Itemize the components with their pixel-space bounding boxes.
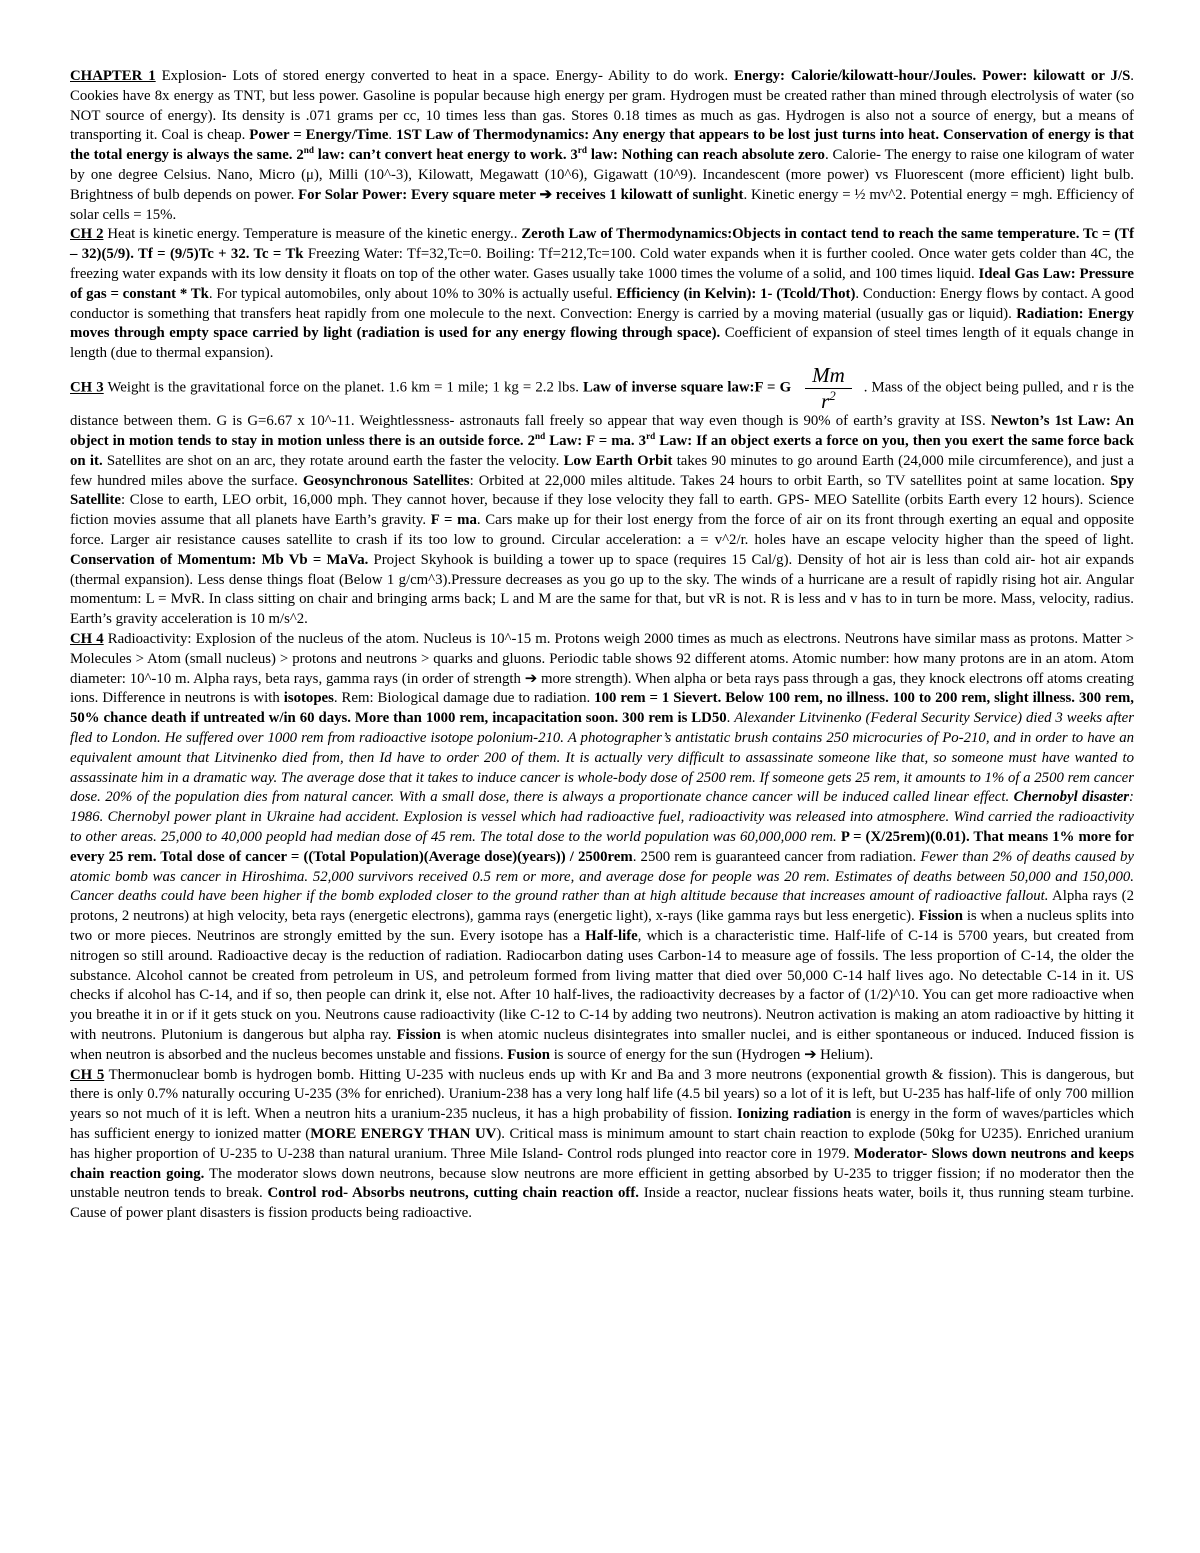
text-segment: Control rod- Absorbs neutrons, cutting c… bbox=[267, 1185, 639, 1201]
text-segment: F = ma bbox=[431, 512, 477, 528]
fraction-numerator: Mm bbox=[805, 364, 852, 389]
text-segment: . bbox=[388, 127, 396, 143]
paragraph-chapter-2: CH 2 Heat is kinetic energy. Temperature… bbox=[70, 225, 1134, 364]
text-segment: law: Nothing can reach absolute zero bbox=[587, 147, 825, 163]
text-segment: Satellites are shot on an arc, they rota… bbox=[103, 453, 564, 469]
fraction-denominator-exponent: 2 bbox=[829, 388, 836, 403]
text-segment: MORE ENERGY THAN UV bbox=[310, 1126, 496, 1142]
text-segment: Conservation of Momentum: Mb Vb = MaVa. bbox=[70, 552, 368, 568]
text-segment: Weight is the gravitational force on the… bbox=[104, 380, 583, 396]
text-segment: CHAPTER 1 bbox=[70, 68, 156, 84]
text-segment: Heat is kinetic energy. Temperature is m… bbox=[103, 226, 521, 242]
text-segment: Law of inverse square law:F = G bbox=[583, 380, 791, 396]
text-segment: . For typical automobiles, only about 10… bbox=[209, 286, 616, 302]
document-page: CHAPTER 1 Explosion- Lots of stored ener… bbox=[0, 0, 1200, 1553]
text-segment: : Orbited at 22,000 miles altitude. Take… bbox=[470, 473, 1111, 489]
text-segment: CH 3 bbox=[70, 380, 104, 396]
text-segment: rd bbox=[578, 145, 587, 155]
text-segment: Ionizing radiation bbox=[737, 1106, 852, 1122]
text-segment: Fission bbox=[919, 908, 963, 924]
text-segment: Power = Energy/Time bbox=[249, 127, 388, 143]
fraction-denominator: r2 bbox=[805, 389, 852, 413]
text-segment: Law: F = ma. 3 bbox=[545, 433, 646, 449]
text-segment: CH 5 bbox=[70, 1067, 104, 1083]
text-segment: Half-life bbox=[585, 928, 638, 944]
text-segment: CH 2 bbox=[70, 226, 103, 242]
text-segment: Fusion bbox=[507, 1047, 550, 1063]
text-segment: Efficiency (in Kelvin): 1- (Tcold/Thot) bbox=[616, 286, 855, 302]
text-segment: Geosynchronous Satellites bbox=[303, 473, 470, 489]
inline-fraction-mm: Mmr2 bbox=[805, 364, 852, 412]
text-segment: Fission bbox=[397, 1027, 441, 1043]
text-segment: For Solar Power: Every square meter ➔ re… bbox=[298, 187, 743, 203]
paragraph-chapter-4: CH 4 Radioactivity: Explosion of the nuc… bbox=[70, 630, 1134, 1066]
text-segment: Chernobyl disaster bbox=[1014, 789, 1129, 805]
text-segment: Energy: Calorie/kilowatt-hour/Joules. Po… bbox=[734, 68, 1130, 84]
text-segment: is source of energy for the sun (Hydroge… bbox=[550, 1047, 873, 1063]
text-segment: Low Earth Orbit bbox=[564, 453, 673, 469]
text-segment: , which is a characteristic time. Half-l… bbox=[70, 928, 1134, 1043]
text-segment: isotopes bbox=[284, 690, 334, 706]
paragraph-chapter-3: CH 3 Weight is the gravitational force o… bbox=[70, 364, 1134, 630]
text-segment: nd bbox=[304, 145, 314, 155]
text-segment: . Rem: Biological damage due to radiatio… bbox=[334, 690, 594, 706]
paragraph-chapter-5: CH 5 Thermonuclear bomb is hydrogen bomb… bbox=[70, 1066, 1134, 1224]
text-segment: Explosion- Lots of stored energy convert… bbox=[156, 68, 734, 84]
text-segment: CH 4 bbox=[70, 631, 104, 647]
document-body: CHAPTER 1 Explosion- Lots of stored ener… bbox=[70, 67, 1134, 1224]
paragraph-chapter-1: CHAPTER 1 Explosion- Lots of stored ener… bbox=[70, 67, 1134, 225]
text-segment: rd bbox=[646, 431, 655, 441]
text-segment: nd bbox=[535, 431, 545, 441]
text-segment: . 2500 rem is guaranteed cancer from rad… bbox=[633, 849, 921, 865]
text-segment: law: can’t convert heat energy to work. … bbox=[314, 147, 578, 163]
